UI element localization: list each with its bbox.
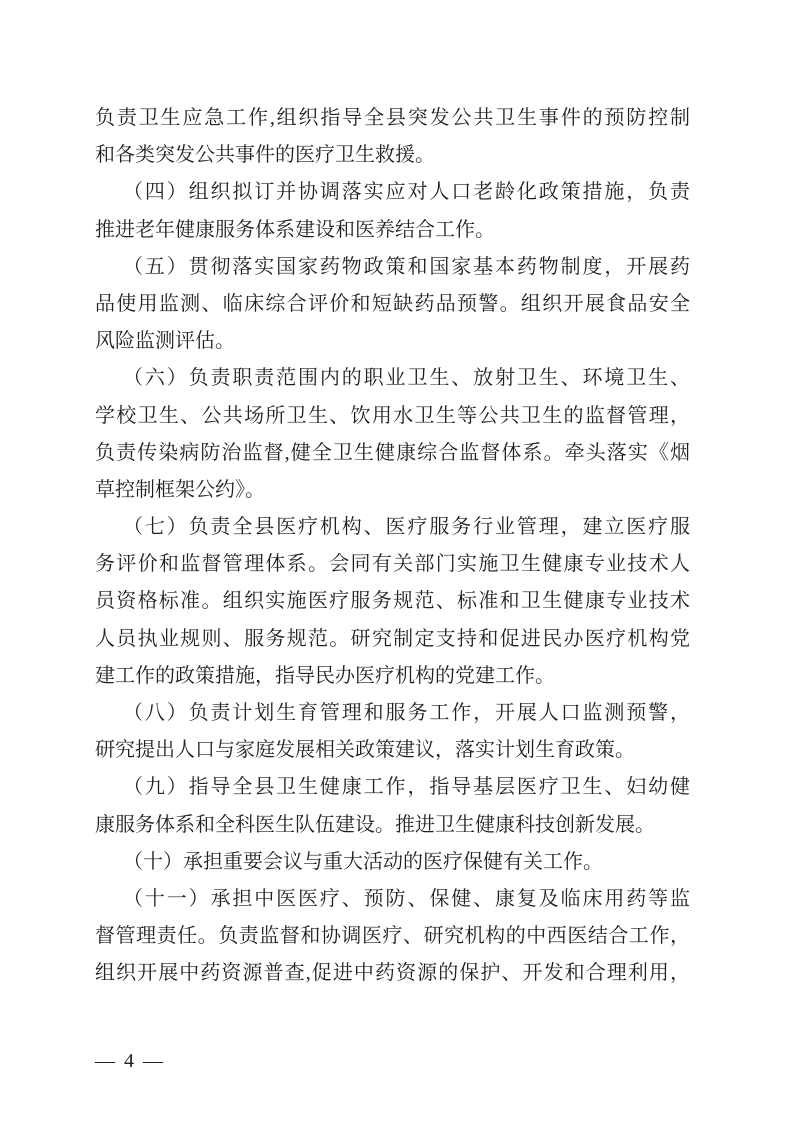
paragraph: （五）贯彻落实国家药物政策和国家基本药物制度，开展药品使用监测、临床综合评价和短… [95, 249, 690, 361]
text-line: 督管理责任。负责监督和协调医疗、研究机构的中西医结合工作， [95, 918, 690, 955]
paragraph: （六）负责职责范围内的职业卫生、放射卫生、环境卫生、学校卫生、公共场所卫生、饮用… [95, 360, 690, 509]
text-line: （六）负责职责范围内的职业卫生、放射卫生、环境卫生、 [95, 360, 690, 397]
text-line: （五）贯彻落实国家药物政策和国家基本药物制度，开展药 [95, 249, 690, 286]
text-line: 研究提出人口与家庭发展相关政策建议，落实计划生育政策。 [95, 732, 690, 769]
text-line: 风险监测评估。 [95, 323, 690, 360]
paragraph: （十一）承担中医医疗、预防、保健、康复及临床用药等监督管理责任。负责监督和协调医… [95, 881, 690, 993]
text-line: 务评价和监督管理体系。会同有关部门实施卫生健康专业技术人 [95, 546, 690, 583]
text-line: 推进老年健康服务体系建设和医养结合工作。 [95, 212, 690, 249]
text-line: （十）承担重要会议与重大活动的医疗保健有关工作。 [95, 844, 690, 881]
paragraph: （七）负责全县医疗机构、医疗服务行业管理，建立医疗服务评价和监督管理体系。会同有… [95, 509, 690, 695]
paragraph: 负责卫生应急工作,组织指导全县突发公共卫生事件的预防控制和各类突发公共事件的医疗… [95, 100, 690, 174]
text-line: 组织开展中药资源普查,促进中药资源的保护、开发和合理利用， [95, 955, 690, 992]
text-line: 学校卫生、公共场所卫生、饮用水卫生等公共卫生的监督管理， [95, 398, 690, 435]
text-line: 负责卫生应急工作,组织指导全县突发公共卫生事件的预防控制 [95, 100, 690, 137]
text-line: （七）负责全县医疗机构、医疗服务行业管理，建立医疗服 [95, 509, 690, 546]
text-line: （十一）承担中医医疗、预防、保健、康复及临床用药等监 [95, 881, 690, 918]
paragraph: （四）组织拟订并协调落实应对人口老龄化政策措施，负责推进老年健康服务体系建设和医… [95, 174, 690, 248]
text-line: （四）组织拟订并协调落实应对人口老龄化政策措施，负责 [95, 174, 690, 211]
text-line: （八）负责计划生育管理和服务工作，开展人口监测预警， [95, 695, 690, 732]
text-line: 员资格标准。组织实施医疗服务规范、标准和卫生健康专业技术 [95, 583, 690, 620]
text-line: 草控制框架公约》。 [95, 472, 690, 509]
document-body: 负责卫生应急工作,组织指导全县突发公共卫生事件的预防控制和各类突发公共事件的医疗… [95, 100, 690, 993]
text-line: 和各类突发公共事件的医疗卫生救援。 [95, 137, 690, 174]
page-footer: — 4 — [95, 1046, 165, 1076]
paragraph: （九）指导全县卫生健康工作，指导基层医疗卫生、妇幼健康服务体系和全科医生队伍建设… [95, 769, 690, 843]
text-line: 人员执业规则、服务规范。研究制定支持和促进民办医疗机构党 [95, 621, 690, 658]
text-line: 品使用监测、临床综合评价和短缺药品预警。组织开展食品安全 [95, 286, 690, 323]
text-line: 建工作的政策措施，指导民办医疗机构的党建工作。 [95, 658, 690, 695]
paragraph: （八）负责计划生育管理和服务工作，开展人口监测预警，研究提出人口与家庭发展相关政… [95, 695, 690, 769]
text-line: 康服务体系和全科医生队伍建设。推进卫生健康科技创新发展。 [95, 807, 690, 844]
text-line: （九）指导全县卫生健康工作，指导基层医疗卫生、妇幼健 [95, 769, 690, 806]
page-number: — 4 — [95, 1050, 165, 1072]
document-page: 负责卫生应急工作,组织指导全县突发公共卫生事件的预防控制和各类突发公共事件的医疗… [0, 0, 793, 1122]
paragraph: （十）承担重要会议与重大活动的医疗保健有关工作。 [95, 844, 690, 881]
text-line: 负责传染病防治监督,健全卫生健康综合监督体系。牵头落实《烟 [95, 435, 690, 472]
